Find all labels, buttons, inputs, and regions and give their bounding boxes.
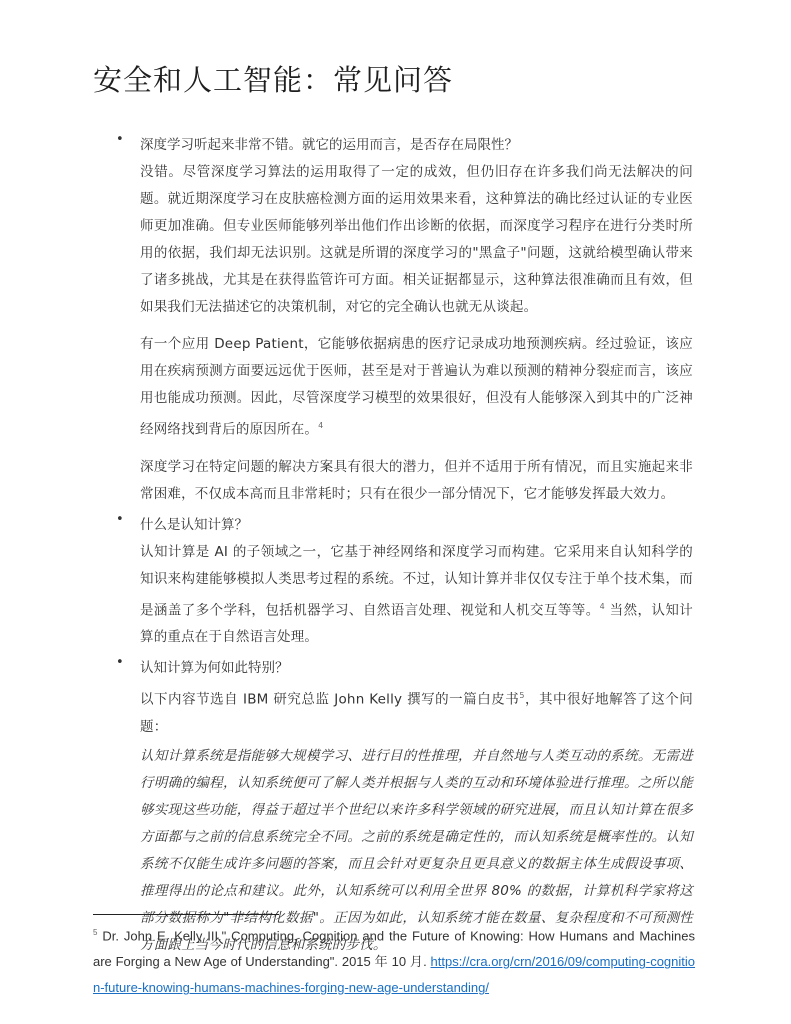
question: 深度学习听起来非常不错。就它的运用而言，是否存在局限性？ [140, 132, 693, 159]
bullet-icon: • [116, 512, 124, 527]
footnote-separator [93, 914, 279, 915]
answer-paragraph: 以下内容节选自 IBM 研究总监 John Kelly 撰写的一篇白皮书5，其中… [140, 682, 693, 741]
answer-paragraph: 认知计算是 AI 的子领域之一，它基于神经网络和深度学习而构建。它采用来自认知科… [140, 539, 693, 652]
page-title: 安全和人工智能：常见问答 [93, 58, 453, 99]
footnote: 5 Dr. John E. Kelly III." Computing, Cog… [93, 920, 695, 1001]
question: 认知计算为何如此特别？ [140, 655, 693, 682]
answer-paragraph: 深度学习在特定问题的解决方案具有很大的潜力，但并不适用于所有情况，而且实施起来非… [140, 454, 693, 508]
bullet-icon: • [116, 655, 124, 670]
faq-item-cognitive-special: • 认知计算为何如此特别？ 以下内容节选自 IBM 研究总监 John Kell… [93, 655, 693, 959]
footnote-ref: 4 [318, 421, 323, 430]
faq-item-deep-learning-limits: • 深度学习听起来非常不错。就它的运用而言，是否存在局限性？ 没错。尽管深度学习… [93, 132, 693, 508]
faq-item-cognitive-computing: • 什么是认知计算？ 认知计算是 AI 的子领域之一，它基于神经网络和深度学习而… [93, 512, 693, 652]
question: 什么是认知计算？ [140, 512, 693, 539]
answer-paragraph: 有一个应用 Deep Patient，它能够依据病患的医疗记录成功地预测疾病。经… [140, 331, 693, 444]
faq-content: • 深度学习听起来非常不错。就它的运用而言，是否存在局限性？ 没错。尽管深度学习… [93, 132, 693, 959]
answer-paragraph: 没错。尽管深度学习算法的运用取得了一定的成效，但仍旧存在许多我们尚无法解决的问题… [140, 159, 693, 321]
bullet-icon: • [116, 132, 124, 147]
